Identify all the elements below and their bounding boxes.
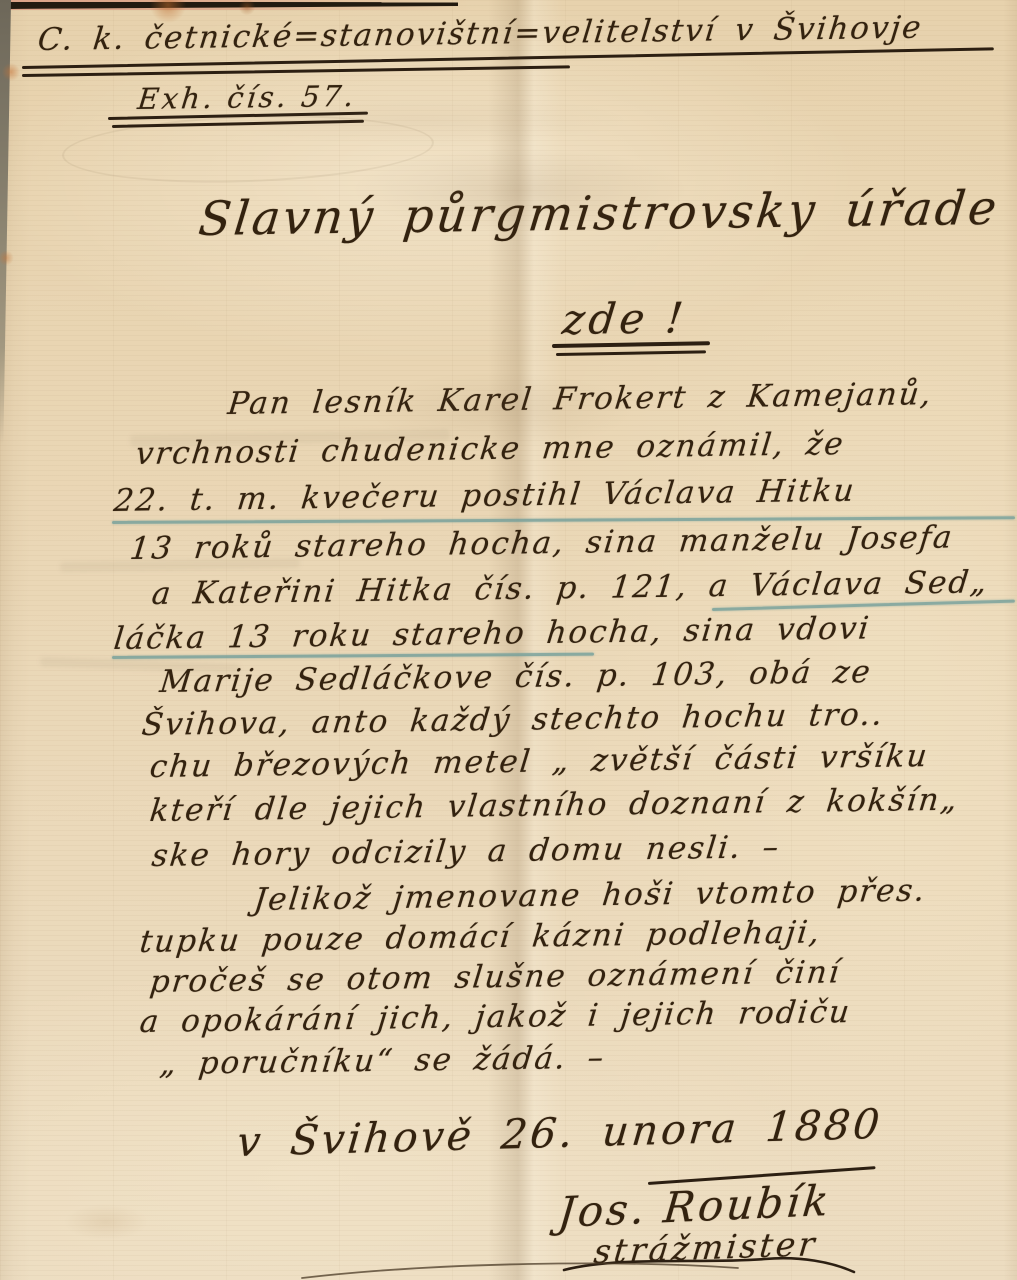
handwritten-line: Marije Sedláčkove čís. p. 103, obá ze	[158, 654, 874, 700]
salutation-title: Slavný půrgmistrovsky úřade	[196, 181, 1002, 247]
handwritten-line: a opokárání jich, jakož i jejich rodiču	[138, 994, 853, 1040]
handwritten-line: „ poručníku“ se žádá. –	[158, 1040, 607, 1082]
signature-title: strážmister	[592, 1224, 819, 1271]
handwritten-line: Pan lesník Karel Frokert z Kamejanů,	[226, 376, 935, 422]
handwritten-line: chu březových metel „ zvětší části vršík…	[148, 738, 931, 785]
handwritten-line: kteří dle jejich vlastního doznaní z kok…	[148, 782, 961, 829]
salutation-here: zde !	[560, 293, 689, 344]
handwritten-line: tupku pouze domácí kázni podlehaji,	[138, 914, 823, 960]
handwritten-line: láčka 13 roku stareho hocha, sina vdovi	[112, 610, 872, 657]
handwritten-line: Jelikož jmenovane hoši vtomto přes.	[252, 873, 928, 918]
page-edge-left	[0, 0, 11, 445]
handwritten-line: ske hory odcizily a domu nesli. –	[150, 829, 782, 874]
dateline: v Švihově 26. unora 1880	[235, 1100, 885, 1166]
exhibit-number: Exh. čís. 57.	[136, 79, 358, 116]
handwritten-line: pročeš se otom slušne oznámení činí	[148, 954, 843, 1000]
here-underline-2	[556, 350, 706, 356]
handwritten-line: 13 roků stareho hocha, sina manželu Jose…	[128, 519, 956, 567]
handwritten-line: Švihova, anto každý stechto hochu tro..	[140, 697, 886, 743]
scanned-letter-page: C. k. četnické=stanovištní=velitelství v…	[0, 0, 1017, 1280]
handwritten-line: 22. t. m. kvečeru postihl Václava Hitku	[112, 473, 858, 519]
